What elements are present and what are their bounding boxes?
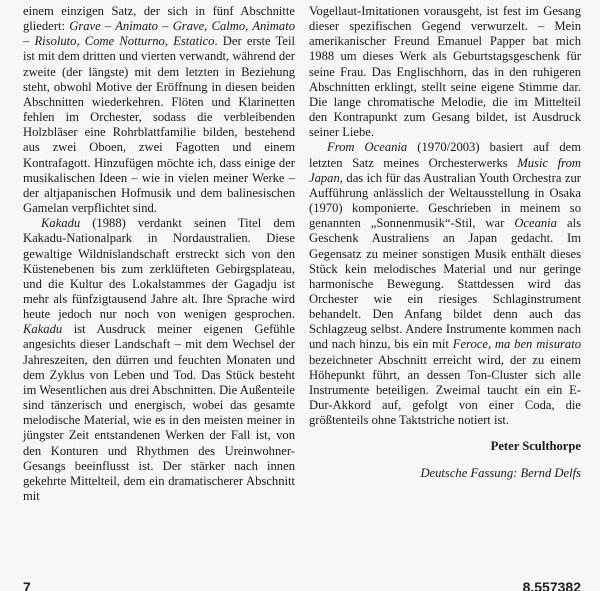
text: (1988) verdankt seinen Titel dem Kakadu-… — [23, 216, 295, 321]
text: bezeichneter Abschnitt erreicht wird, de… — [309, 353, 581, 428]
catalog-number: 8.557382 — [523, 579, 581, 591]
page-number: 7 — [23, 579, 31, 591]
work-title: Kakadu — [23, 322, 62, 336]
paragraph-intro: einem einzigen Satz, der sich in fünf Ab… — [23, 4, 295, 216]
translator-credit: Deutsche Fassung: Bernd Delfs — [309, 466, 581, 481]
left-column: einem einzigen Satz, der sich in fünf Ab… — [23, 4, 295, 504]
tempo-marking: Feroce, ma ben misurato — [453, 337, 581, 351]
text: . Der erste Teil ist mit dem dritten und… — [23, 34, 295, 215]
work-title: From Oceania — [327, 140, 407, 154]
right-column: Vogellaut-Imitationen vorausgeht, ist fe… — [309, 4, 581, 481]
text: als Geschenk Australiens an Japan gedach… — [309, 216, 581, 351]
paragraph-kakadu: Kakadu (1988) verdankt seinen Titel dem … — [23, 216, 295, 504]
author-signature: Peter Sculthorpe — [309, 439, 581, 454]
paragraph-from-oceania: From Oceania (1970/2003) basiert auf dem… — [309, 140, 581, 428]
paragraph-kakadu-continued: Vogellaut-Imitationen vorausgeht, ist fe… — [309, 4, 581, 140]
work-title: Kakadu — [41, 216, 80, 230]
text: ist Ausdruck meiner eigenen Gefühle ange… — [23, 322, 295, 503]
work-title: Oceania — [514, 216, 557, 230]
